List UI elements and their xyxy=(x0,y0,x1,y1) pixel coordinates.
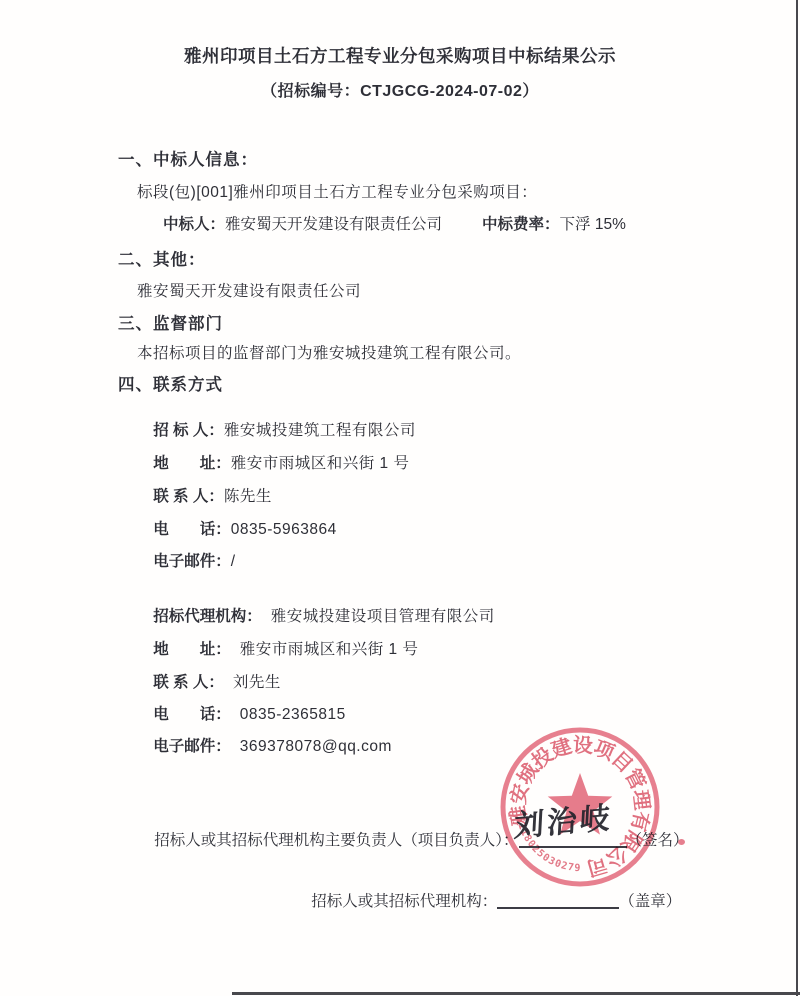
seal-company-char: 设 xyxy=(572,734,593,758)
responsible-label: 招标人或其招标代理机构主要负责人（项目负责人）： xyxy=(154,832,518,849)
stamp-suffix: （盖章） xyxy=(619,893,681,910)
scan-edge-right xyxy=(796,0,798,996)
section-4-heading: 四、联系方式 xyxy=(118,371,223,395)
ink-speck xyxy=(678,839,685,845)
seal-code-digit: 9 xyxy=(574,863,580,874)
supervision-body: 本招标项目的监督部门为雅安城投建筑工程有限公司。 xyxy=(137,341,521,363)
contact-label: 电子邮件： xyxy=(153,738,231,755)
tender-number-subtitle: （招标编号：CTJGCG-2024-07-02） xyxy=(0,78,800,101)
scan-edge-bottom xyxy=(232,992,800,995)
winner-line: 中标人：雅安蜀天开发建设有限责任公司中标费率：下浮 15% xyxy=(163,212,626,234)
page-title: 雅州印项目土石方工程专业分包采购项目中标结果公示 xyxy=(0,43,800,68)
rate-value: 下浮 15% xyxy=(560,216,626,233)
tenderer-row-email: 电子邮件：/ xyxy=(136,531,236,589)
winner-label: 中标人： xyxy=(163,216,225,233)
other-body: 雅安蜀天开发建设有限责任公司 xyxy=(137,279,361,301)
winner-value: 雅安蜀天开发建设有限责任公司 xyxy=(225,216,442,233)
contact-label: 电子邮件： xyxy=(153,553,231,570)
section-1-heading: 一、中标人信息： xyxy=(118,146,258,170)
handwritten-signature: 刘治岐 xyxy=(513,793,614,846)
section-2-heading: 二、其他： xyxy=(118,246,206,270)
contact-value: / xyxy=(231,553,236,570)
contact-value: 0835-5963864 xyxy=(231,521,337,538)
org-label: 招标人或其招标代理机构： xyxy=(311,893,497,910)
stamp-underline xyxy=(497,894,619,909)
scanned-document-page: 雅州印项目土石方工程专业分包采购项目中标结果公示 （招标编号：CTJGCG-20… xyxy=(0,0,800,996)
section-3-heading: 三、监督部门 xyxy=(118,310,223,334)
agency-row-email: 电子邮件：369378078@qq.com xyxy=(136,716,392,774)
lot-line: 标段(包)[001]雅州印项目土石方工程专业分包采购项目： xyxy=(137,180,537,202)
contact-value: 369378078@qq.com xyxy=(240,738,392,755)
rate-label: 中标费率： xyxy=(482,216,560,233)
